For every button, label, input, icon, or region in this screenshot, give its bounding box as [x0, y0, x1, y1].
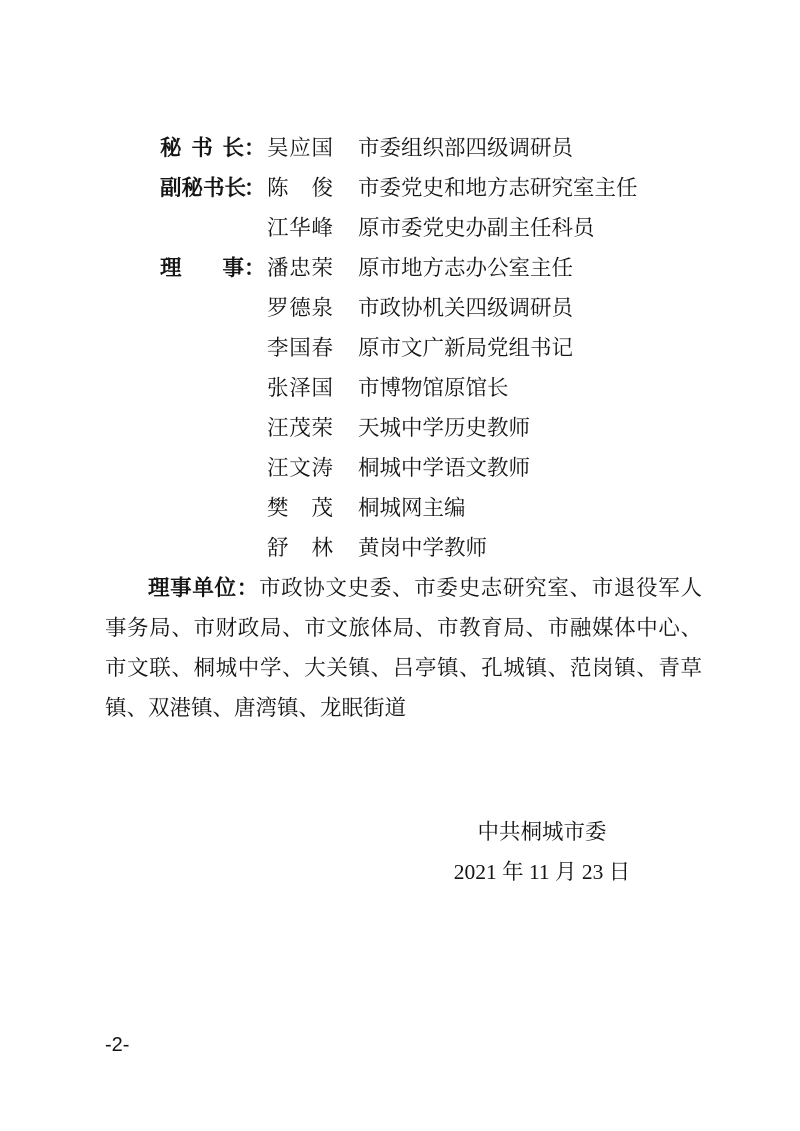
officer-name: 罗德泉 — [267, 288, 358, 328]
officer-name: 潘忠荣 — [267, 248, 358, 288]
member-units-paragraph: 理事单位：市政协文史委、市委史志研究室、市退役军人事务局、市财政局、市文旅体局、… — [105, 568, 702, 728]
label-colon: ： — [237, 576, 259, 600]
officer-title: 原市文广新局党组书记 — [358, 336, 573, 360]
label-colon: ： — [244, 176, 266, 200]
officer-role-label — [160, 528, 267, 568]
officer-title: 原市地方志办公室主任 — [358, 256, 573, 280]
officer-row: 樊茂桐城网主编 — [160, 488, 702, 528]
signature-org: 中共桐城市委 — [392, 812, 692, 852]
officer-title: 黄岗中学教师 — [358, 536, 487, 560]
officer-role-label — [160, 408, 267, 448]
officer-title: 桐城网主编 — [358, 496, 466, 520]
officer-row: 副秘书长：陈俊市委党史和地方志研究室主任 — [160, 168, 702, 208]
officer-name: 汪茂荣 — [267, 408, 358, 448]
officer-row: 汪文涛桐城中学语文教师 — [160, 448, 702, 488]
officer-name: 江华峰 — [267, 208, 358, 248]
officer-title: 市政协机关四级调研员 — [358, 296, 573, 320]
officer-row: 秘书长：吴应国市委组织部四级调研员 — [160, 128, 702, 168]
officer-role-label: 副秘书长： — [160, 168, 267, 208]
officer-title: 市委党史和地方志研究室主任 — [358, 176, 638, 200]
officer-role-label — [160, 488, 267, 528]
officer-role-label — [160, 368, 267, 408]
officer-row: 江华峰原市委党史办副主任科员 — [160, 208, 702, 248]
label-colon: ： — [244, 256, 266, 280]
officer-row: 理事：潘忠荣原市地方志办公室主任 — [160, 248, 702, 288]
signature-date: 2021 年 11 月 23 日 — [392, 852, 692, 892]
member-units-label: 理事单位： — [148, 576, 259, 600]
officer-name: 陈俊 — [267, 168, 358, 208]
officer-name: 舒林 — [267, 528, 358, 568]
document-page: 秘书长：吴应国市委组织部四级调研员 副秘书长：陈俊市委党史和地方志研究室主任 江… — [0, 0, 800, 1131]
signature-block: 中共桐城市委 2021 年 11 月 23 日 — [392, 812, 692, 892]
officer-role-label: 理事： — [160, 248, 267, 288]
officer-title: 原市委党史办副主任科员 — [358, 216, 595, 240]
officer-title: 天城中学历史教师 — [358, 416, 530, 440]
label-colon: ： — [244, 136, 266, 160]
officer-name: 张泽国 — [267, 368, 358, 408]
officer-title: 市博物馆原馆长 — [358, 376, 509, 400]
officer-name: 樊茂 — [267, 488, 358, 528]
officer-name: 汪文涛 — [267, 448, 358, 488]
officer-row: 汪茂荣天城中学历史教师 — [160, 408, 702, 448]
officer-row: 罗德泉市政协机关四级调研员 — [160, 288, 702, 328]
officer-row: 舒林黄岗中学教师 — [160, 528, 702, 568]
officer-title: 市委组织部四级调研员 — [358, 136, 573, 160]
officer-role-label — [160, 208, 267, 248]
officer-name: 吴应国 — [267, 128, 358, 168]
officer-role-label — [160, 448, 267, 488]
page-number: -2- — [105, 1025, 702, 1065]
officer-role-label — [160, 288, 267, 328]
officer-name: 李国春 — [267, 328, 358, 368]
officer-list: 秘书长：吴应国市委组织部四级调研员 副秘书长：陈俊市委党史和地方志研究室主任 江… — [160, 128, 702, 568]
officer-role-label: 秘书长： — [160, 128, 267, 168]
officer-role-label — [160, 328, 267, 368]
officer-row: 张泽国市博物馆原馆长 — [160, 368, 702, 408]
officer-title: 桐城中学语文教师 — [358, 456, 530, 480]
officer-row: 李国春原市文广新局党组书记 — [160, 328, 702, 368]
